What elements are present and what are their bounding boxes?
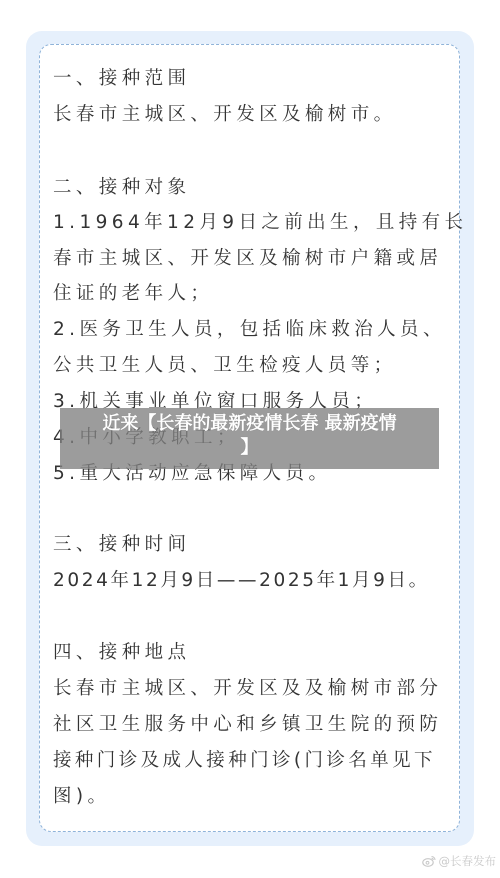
section-text-line: 1.1964年12月9日之前出生，且持有长: [53, 211, 467, 235]
section-text-line: 图)。: [53, 785, 110, 809]
banner-title-line-2: 】: [68, 436, 431, 460]
section-heading-location: 四、接种地点: [53, 641, 190, 665]
title-overlay-banner: 近来【长春的最新疫情长春 最新疫情 】: [60, 408, 439, 469]
section-text-line: 2024年12月9日——2025年1月9日。: [53, 569, 430, 593]
section-text-line: 接种门诊及成人接种门诊(门诊名单见下: [53, 749, 436, 773]
section-text-line: 社区卫生服务中心和乡镇卫生院的预防: [53, 713, 442, 737]
section-text-line: 长春市主城区、开发区及榆树市。: [53, 103, 397, 127]
section-text-line: 春市主城区、开发区及榆树市户籍或居: [53, 247, 442, 271]
banner-title: 近来【长春的最新疫情长春 最新疫情 】: [60, 412, 439, 460]
weibo-icon: [422, 855, 436, 867]
section-text-line: 住证的老年人；: [53, 282, 213, 306]
section-text-line: 长春市主城区、开发区及及榆树市部分: [53, 677, 442, 701]
banner-title-line-1: 近来【长春的最新疫情长春 最新疫情: [68, 412, 431, 436]
section-heading-targets: 二、接种对象: [53, 176, 190, 200]
section-text-line: 2.医务卫生人员，包括临床救治人员、: [53, 318, 446, 342]
section-text-line: 公共卫生人员、卫生检疫人员等；: [53, 354, 397, 378]
watermark: @长春发布: [422, 853, 497, 869]
section-heading-scope: 一、接种范围: [53, 67, 190, 91]
section-heading-time: 三、接种时间: [53, 533, 190, 557]
watermark-text: @长春发布: [439, 853, 497, 869]
